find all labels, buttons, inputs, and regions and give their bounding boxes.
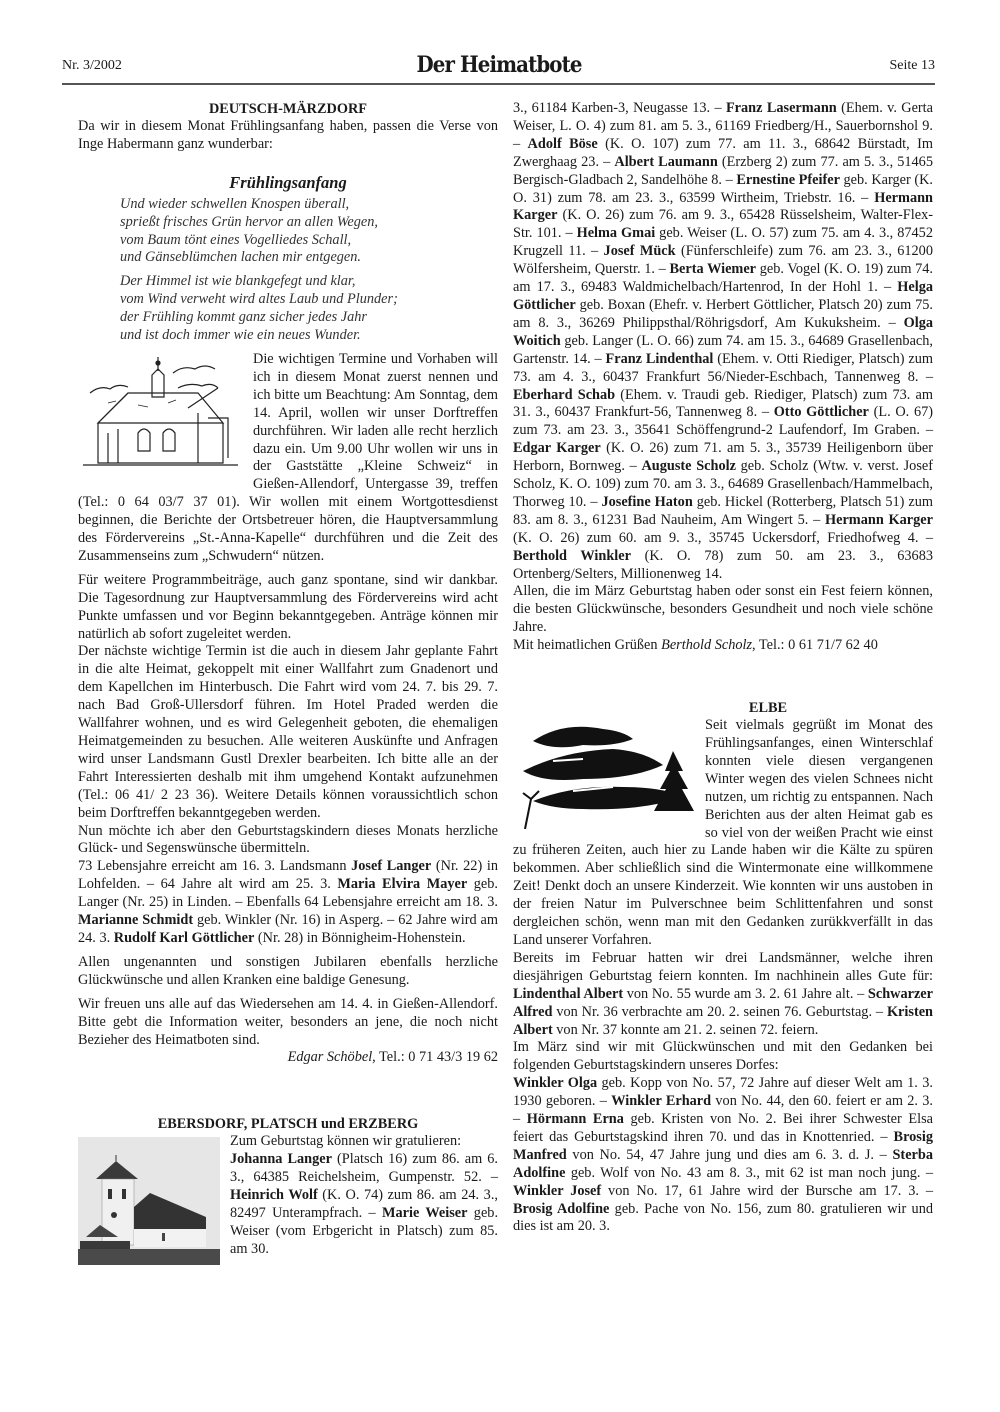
person-name: Franz Lasermann <box>726 100 837 116</box>
page-header: Nr. 3/2002 Der Heimatbote Seite 13 <box>62 52 935 82</box>
text: von Nr. 36 verbrachte am 20. 2. seinen 7… <box>552 1004 886 1020</box>
poem-line: Der Himmel ist wie blankgefegt und klar, <box>120 273 498 291</box>
poem-stanza-2: Der Himmel ist wie blankgefegt und klar,… <box>120 273 498 345</box>
person-name: Eberhard Schab <box>513 387 615 403</box>
text: (K. O. 26) zum 60. am 9. 3., 35745 Ucker… <box>513 530 933 546</box>
text: geb. Boxan (Ehefr. v. Herbert Göttlicher… <box>513 297 933 331</box>
poem-line: Und wieder schwellen Knospen überall, <box>120 196 498 214</box>
person-name: Lindenthal Albert <box>513 986 623 1002</box>
person-name: Rudolf Karl Göttlicher <box>114 930 255 946</box>
elbe-paragraph-march: Winkler Olga geb. Kopp von No. 57, 72 Ja… <box>513 1075 933 1236</box>
poem: Und wieder schwellen Knospen überall, sp… <box>120 196 498 345</box>
elbe-paragraph-march-intro: Im März sind wir mit Glückwünschen und m… <box>513 1039 933 1075</box>
person-name: Helma Gmai <box>577 225 656 241</box>
signature-edgar-schoebel: Edgar Schöbel, Tel.: 0 71 43/3 19 62 <box>78 1049 498 1067</box>
text: von No. 54, 47 Jahre jung und dies am 6.… <box>567 1147 893 1163</box>
text: von Nr. 37 konnte am 21. 2. seinen 72. f… <box>553 1022 819 1038</box>
person-name: Maria Elvira Mayer <box>337 876 467 892</box>
person-name: Josef Langer <box>351 858 431 874</box>
text: von No. 17, 61 Jahre wird der Bursche am… <box>601 1183 933 1199</box>
poem-line: vom Wind verweht wird altes Laub und Plu… <box>120 291 498 309</box>
person-name: Marianne Schmidt <box>78 912 193 928</box>
person-name: Marie Weiser <box>382 1205 467 1221</box>
person-name: Adolf Böse <box>528 136 598 152</box>
person-name: Heinrich Wolf <box>230 1187 318 1203</box>
person-name: Berta Wiemer <box>670 261 757 277</box>
person-name: Berthold Winkler <box>513 548 631 564</box>
poem-line: und ist doch immer wie ein neues Wunder. <box>120 327 498 345</box>
poem-line: sprießt frisches Grün hervor an allen We… <box>120 214 498 232</box>
person-name: Winkler Olga <box>513 1075 597 1091</box>
text: 3., 61184 Karben-3, Neugasse 13. – <box>513 100 726 116</box>
person-name: Brosig Adolfine <box>513 1201 609 1217</box>
person-name: Hermann Karger <box>825 512 933 528</box>
intro-paragraph: Da wir in diesem Monat Frühlingsanfang h… <box>78 118 498 154</box>
person-name: Josefine Haton <box>601 494 692 510</box>
person-name: Auguste Scholz <box>641 458 735 474</box>
ebersdorf-birthdays-continued: 3., 61184 Karben-3, Neugasse 13. – Franz… <box>513 100 933 583</box>
text: (Nr. 28) in Bönnigheim-Hohenstein. <box>254 930 465 946</box>
elbe-paragraph-february: Bereits im Februar hatten wir drei Lands… <box>513 950 933 1040</box>
left-column: DEUTSCH-MÄRZDORF Da wir in diesem Monat … <box>78 100 498 1273</box>
person-name: Otto Göttlicher <box>774 404 869 420</box>
header-rule <box>62 83 935 85</box>
page-number: Seite 13 <box>890 58 936 74</box>
poem-line: vom Baum tönt eines Vogelliedes Schall, <box>120 232 498 250</box>
signature-tel: , Tel.: 0 61 71/7 62 40 <box>752 637 878 653</box>
chapel-sketch-image <box>78 353 243 477</box>
poem-line: der Frühling kommt ganz sicher jedes Jah… <box>120 309 498 327</box>
text: Bereits im Februar hatten wir drei Lands… <box>513 950 933 984</box>
signature-tel: , Tel.: 0 71 43/3 19 62 <box>372 1049 498 1065</box>
signature-name: Edgar Schöbel <box>288 1049 373 1065</box>
paragraph-geburtstage-intro: Nun möchte ich aber den Geburtstagskinde… <box>78 823 498 859</box>
paragraph-fahrt: Der nächste wichtige Termin ist die auch… <box>78 643 498 822</box>
right-column: 3., 61184 Karben-3, Neugasse 13. – Franz… <box>513 100 933 1236</box>
text: Mit heimatlichen Grüßen <box>513 637 661 653</box>
landscape-woodcut-image <box>513 711 695 835</box>
signature-name: Berthold Scholz <box>661 637 752 653</box>
person-name: Johanna Langer <box>230 1151 332 1167</box>
paragraph-wiedersehen: Wir freuen uns alle auf das Wiedersehen … <box>78 996 498 1050</box>
paragraph-birthdays: 73 Lebensjahre erreicht am 16. 3. Landsm… <box>78 858 498 948</box>
section-title-deutsch-maerzdorf: DEUTSCH-MÄRZDORF <box>78 100 498 118</box>
person-name: Edgar Karger <box>513 440 601 456</box>
person-name: Franz Lindenthal <box>606 351 714 367</box>
section-title-ebersdorf: EBERSDORF, PLATSCH und ERZBERG <box>78 1115 498 1133</box>
person-name: Winkler Josef <box>513 1183 601 1199</box>
poem-title: Frühlingsanfang <box>78 174 498 192</box>
text: geb. Wolf von No. 43 am 8. 3., mit 62 is… <box>565 1165 933 1181</box>
issue-number: Nr. 3/2002 <box>62 58 122 74</box>
person-name: Albert Laumann <box>614 154 717 170</box>
text: von No. 55 wurde am 3. 2. 61 Jahre alt. … <box>623 986 868 1002</box>
paragraph-jubilare: Allen ungenannten und sonstigen Jubilare… <box>78 954 498 990</box>
masthead-logo: Der Heimatbote <box>416 52 581 78</box>
person-name: Winkler Erhard <box>611 1093 711 1109</box>
church-photo-image <box>78 1137 220 1271</box>
text: 73 Lebensjahre erreicht am 16. 3. Landsm… <box>78 858 351 874</box>
poem-stanza-1: Und wieder schwellen Knospen überall, sp… <box>120 196 498 268</box>
person-name: Josef Mück <box>604 243 676 259</box>
person-name: Hörmann Erna <box>527 1111 624 1127</box>
signature-berthold-scholz: Mit heimatlichen Grüßen Berthold Scholz,… <box>513 637 933 655</box>
person-name: Ernestine Pfeifer <box>736 172 840 188</box>
paragraph-closing: Allen, die im März Geburtstag haben oder… <box>513 583 933 637</box>
paragraph-programm: Für weitere Programmbeiträge, auch ganz … <box>78 572 498 644</box>
poem-line: und Gänseblümchen lachen mir entgegen. <box>120 249 498 267</box>
